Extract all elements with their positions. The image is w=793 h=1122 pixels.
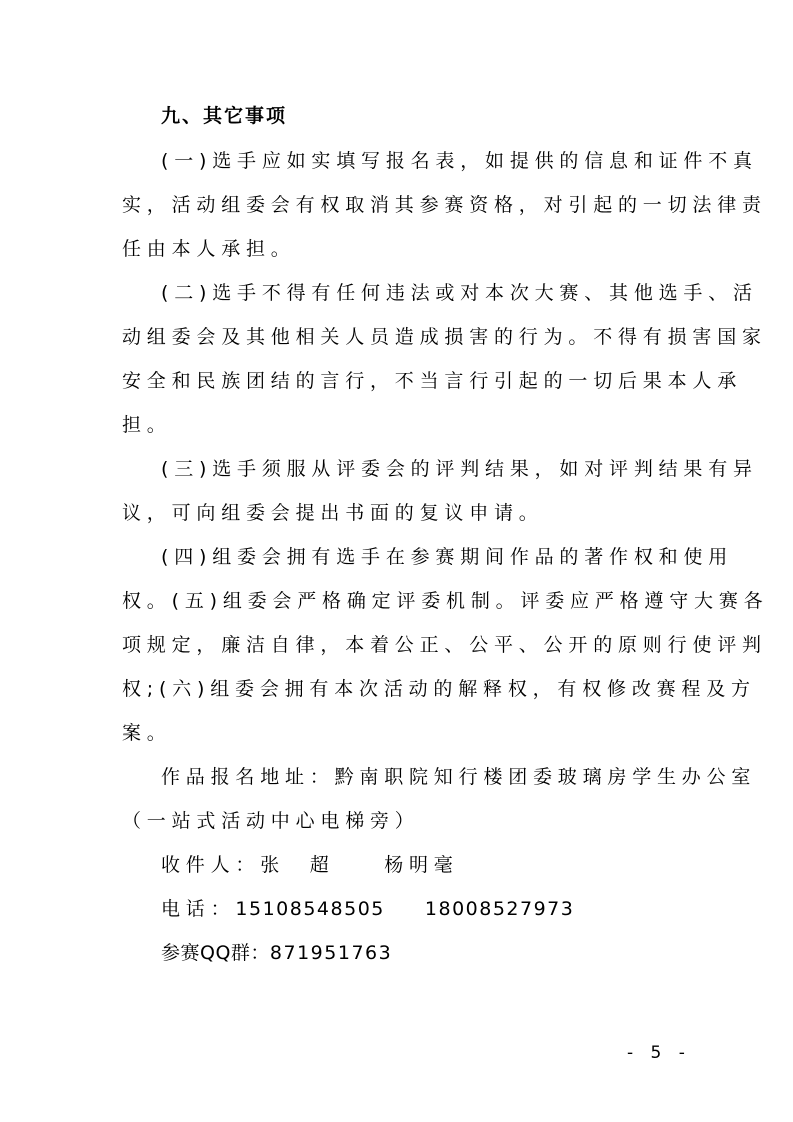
recipient-line: 收件人：张 超 杨明毫 [161,854,459,876]
paragraph-line: 议，可向组委会提出书面的复议申请。 [122,502,544,524]
address-line: 作品报名地址：黔南职院知行楼团委玻璃房学生办公室 [161,766,756,788]
paragraph-line: 案。 [122,722,172,744]
paragraph-line: 担。 [122,414,172,436]
paragraph-line: 任由本人承担。 [122,238,296,260]
address-line: （一站式活动中心电梯旁） [122,810,420,832]
paragraph-line: 安全和民族团结的言行，不当言行引起的一切后果本人承 [122,370,742,392]
phone-line: 电话：1510854850518008527973 [161,898,574,920]
paragraph-line: (三)选手须服从评委会的评判结果，如对评判结果有异 [161,458,758,480]
section-heading: 九、其它事项 [161,105,287,127]
paragraph-line: 权。(五)组委会严格确定评委机制。评委应严格遵守大赛各 [122,590,768,612]
qq-label: 参赛QQ群： [161,942,270,964]
paragraph-line: (一)选手应如实填写报名表，如提供的信息和证件不真 [161,150,758,172]
document-page: 九、其它事项 (一)选手应如实填写报名表，如提供的信息和证件不真 实，活动组委会… [0,0,793,1122]
paragraph-line: (二)选手不得有任何违法或对本次大赛、其他选手、活 [161,282,758,304]
qq-number: 871951763 [270,942,392,964]
phone-number-1: 15108548505 [235,898,384,920]
paragraph-line: (四)组委会拥有选手在参赛期间作品的著作权和使用 [161,546,733,568]
page-number: - 5 - [627,1043,691,1063]
qq-line: 参赛QQ群：871951763 [161,942,392,964]
paragraph-line: 动组委会及其他相关人员造成损害的行为。不得有损害国家 [122,326,767,348]
phone-label: 电话： [161,898,235,920]
phone-number-2: 18008527973 [425,898,574,920]
paragraph-line: 实，活动组委会有权取消其参赛资格，对引起的一切法律责 [122,194,767,216]
paragraph-line: 项规定，廉洁自律，本着公正、公平、公开的原则行使评判 [122,634,767,656]
recipient-names: 张 超 杨明毫 [260,854,458,876]
recipient-label: 收件人： [161,854,260,876]
paragraph-line: 权;(六)组委会拥有本次活动的解释权，有权修改赛程及方 [122,678,756,700]
